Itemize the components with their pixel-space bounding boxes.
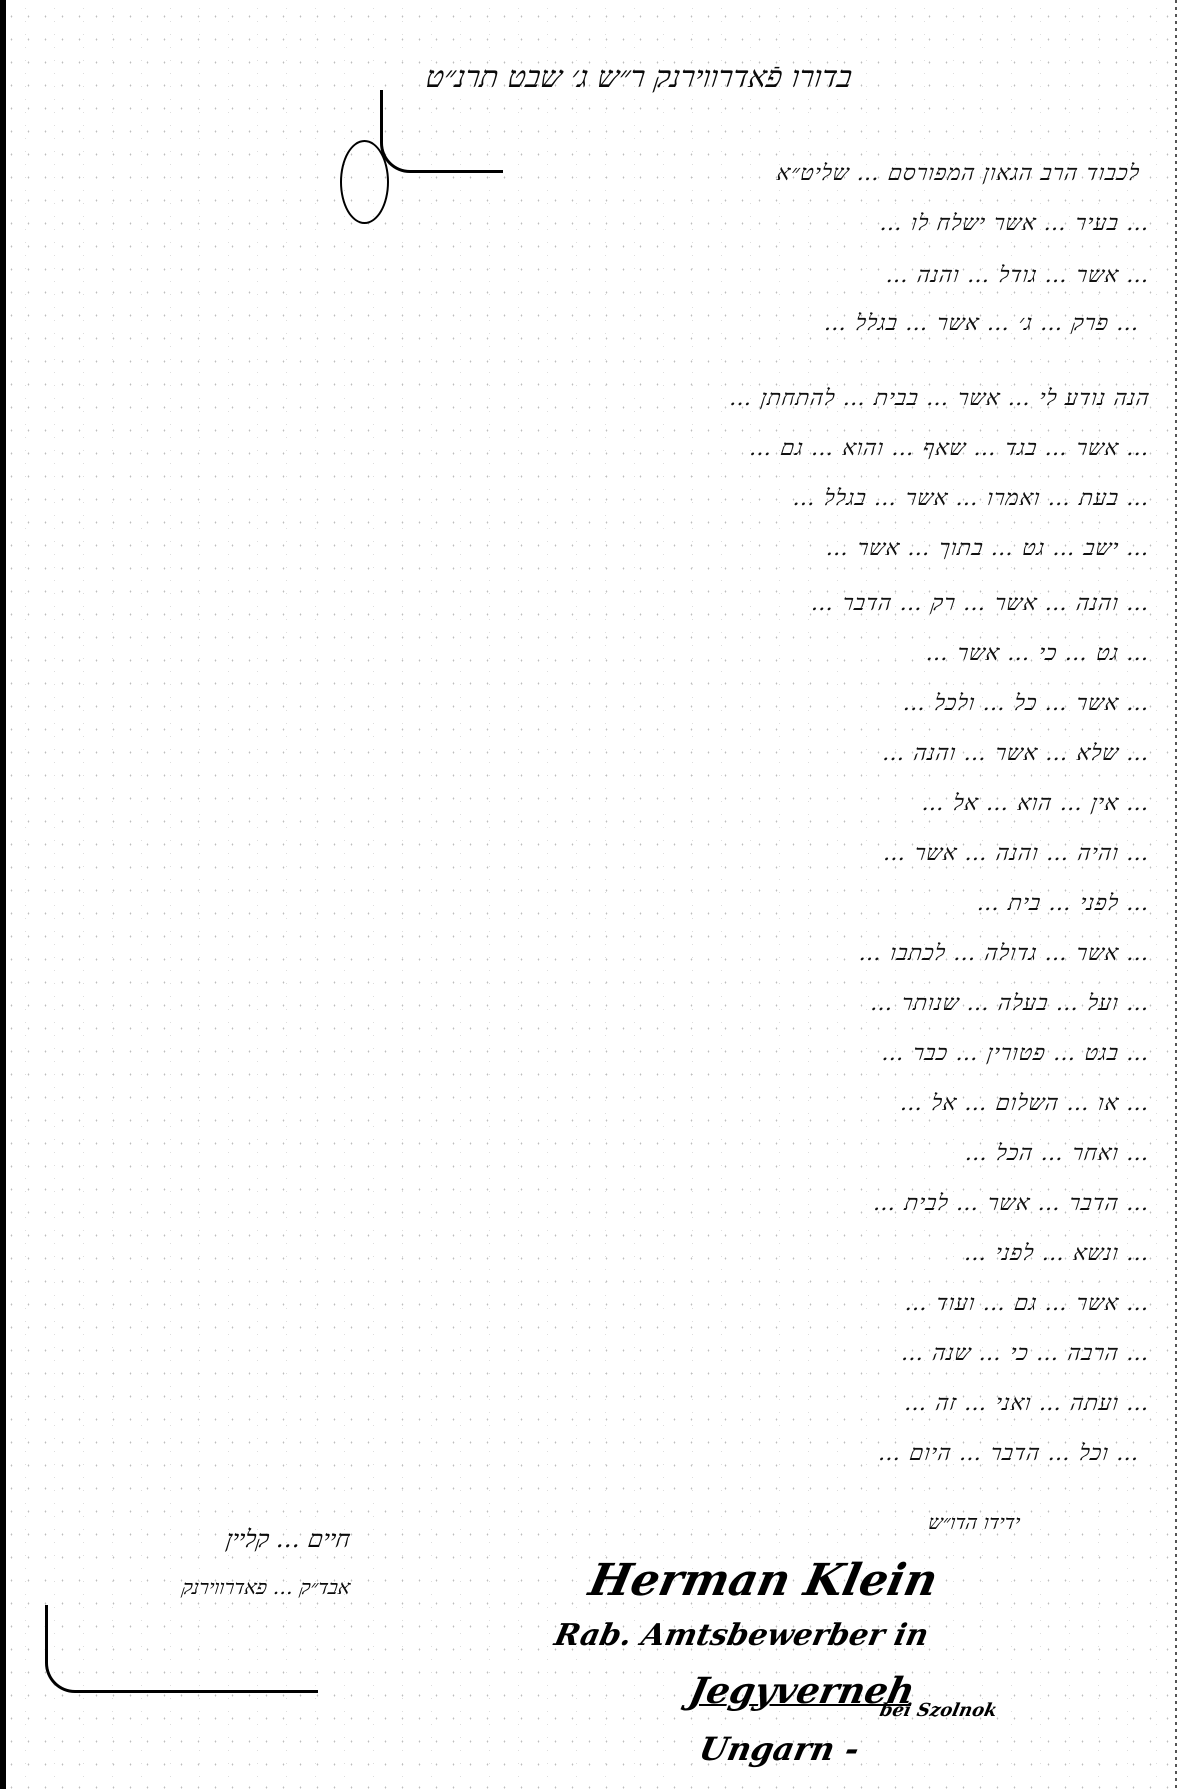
body-line: … גט … כי … אשר … [28, 640, 1152, 666]
body-line: … בעת … ואמרו … אשר … בגלל … [28, 485, 1152, 511]
body-line: הנה נודע לי … אשר … בבית … להתחתן … [28, 385, 1152, 411]
opening-line: … פרק … ג׳ … אשר … בגלל … [238, 310, 1142, 336]
body-line: … ועל … בעלה … שנותר … [28, 990, 1152, 1016]
signature-near: bei Szolnok [878, 1700, 999, 1721]
body-line: … הדבר … אשר … לבית … [28, 1190, 1152, 1216]
body-line: … לפני … בית … [28, 890, 1152, 916]
body-line: … שלא … אשר … והנה … [28, 740, 1152, 766]
scan-edge-left [0, 0, 6, 1789]
body-line: … והיה … והנה … אשר … [28, 840, 1152, 866]
body-line: … ישב … גט … בתוך … אשר … [28, 535, 1152, 561]
signature-title: Rab. Amtsbewerber in [551, 1618, 931, 1653]
opening-line: … בעיר … אשר ישלח לו … [38, 210, 1152, 236]
signature-country: Ungarn - [696, 1730, 863, 1768]
body-line: … אשר … גם … ועוד … [28, 1290, 1152, 1316]
body-line: … ועתה … ואני … זה … [28, 1390, 1152, 1416]
body-line: … אשר … בגד … שאף … והוא … גם … [28, 435, 1152, 461]
body-line: … או … השלום … אל … [28, 1090, 1152, 1116]
hebrew-signature-title: אבד״ק … פאדרווירנק [98, 1575, 352, 1600]
body-line: … והנה … אשר … רק … הדבר … [28, 590, 1152, 616]
body-line: … ונשא … לפני … [28, 1240, 1152, 1266]
body-line: … הרבה … כי … שנה … [28, 1340, 1152, 1366]
closing-phrase: ידידו הדו״ש [818, 1510, 1022, 1535]
signature-name: Herman Klein [585, 1555, 943, 1606]
body-line: … אין … הוא … אל … [28, 790, 1152, 816]
hebrew-signature-name: חיים … קליין [128, 1525, 352, 1554]
opening-line: לכבוד הרב הגאון המפורסם … שליט״א [58, 160, 1142, 186]
opening-line: … אשר … גודל … והנה … [38, 262, 1152, 288]
body-line: … ואחר … הכל … [28, 1140, 1152, 1166]
body-line: … אשר … גדולה … לכתבו … [28, 940, 1152, 966]
handwritten-bracket [45, 1605, 318, 1693]
body-line: … וכל … הדבר … היום … [98, 1440, 1142, 1466]
body-line: … אשר … כל … ולכל … [28, 690, 1152, 716]
body-line: … בגט … פטורין … כבר … [28, 1040, 1152, 1066]
